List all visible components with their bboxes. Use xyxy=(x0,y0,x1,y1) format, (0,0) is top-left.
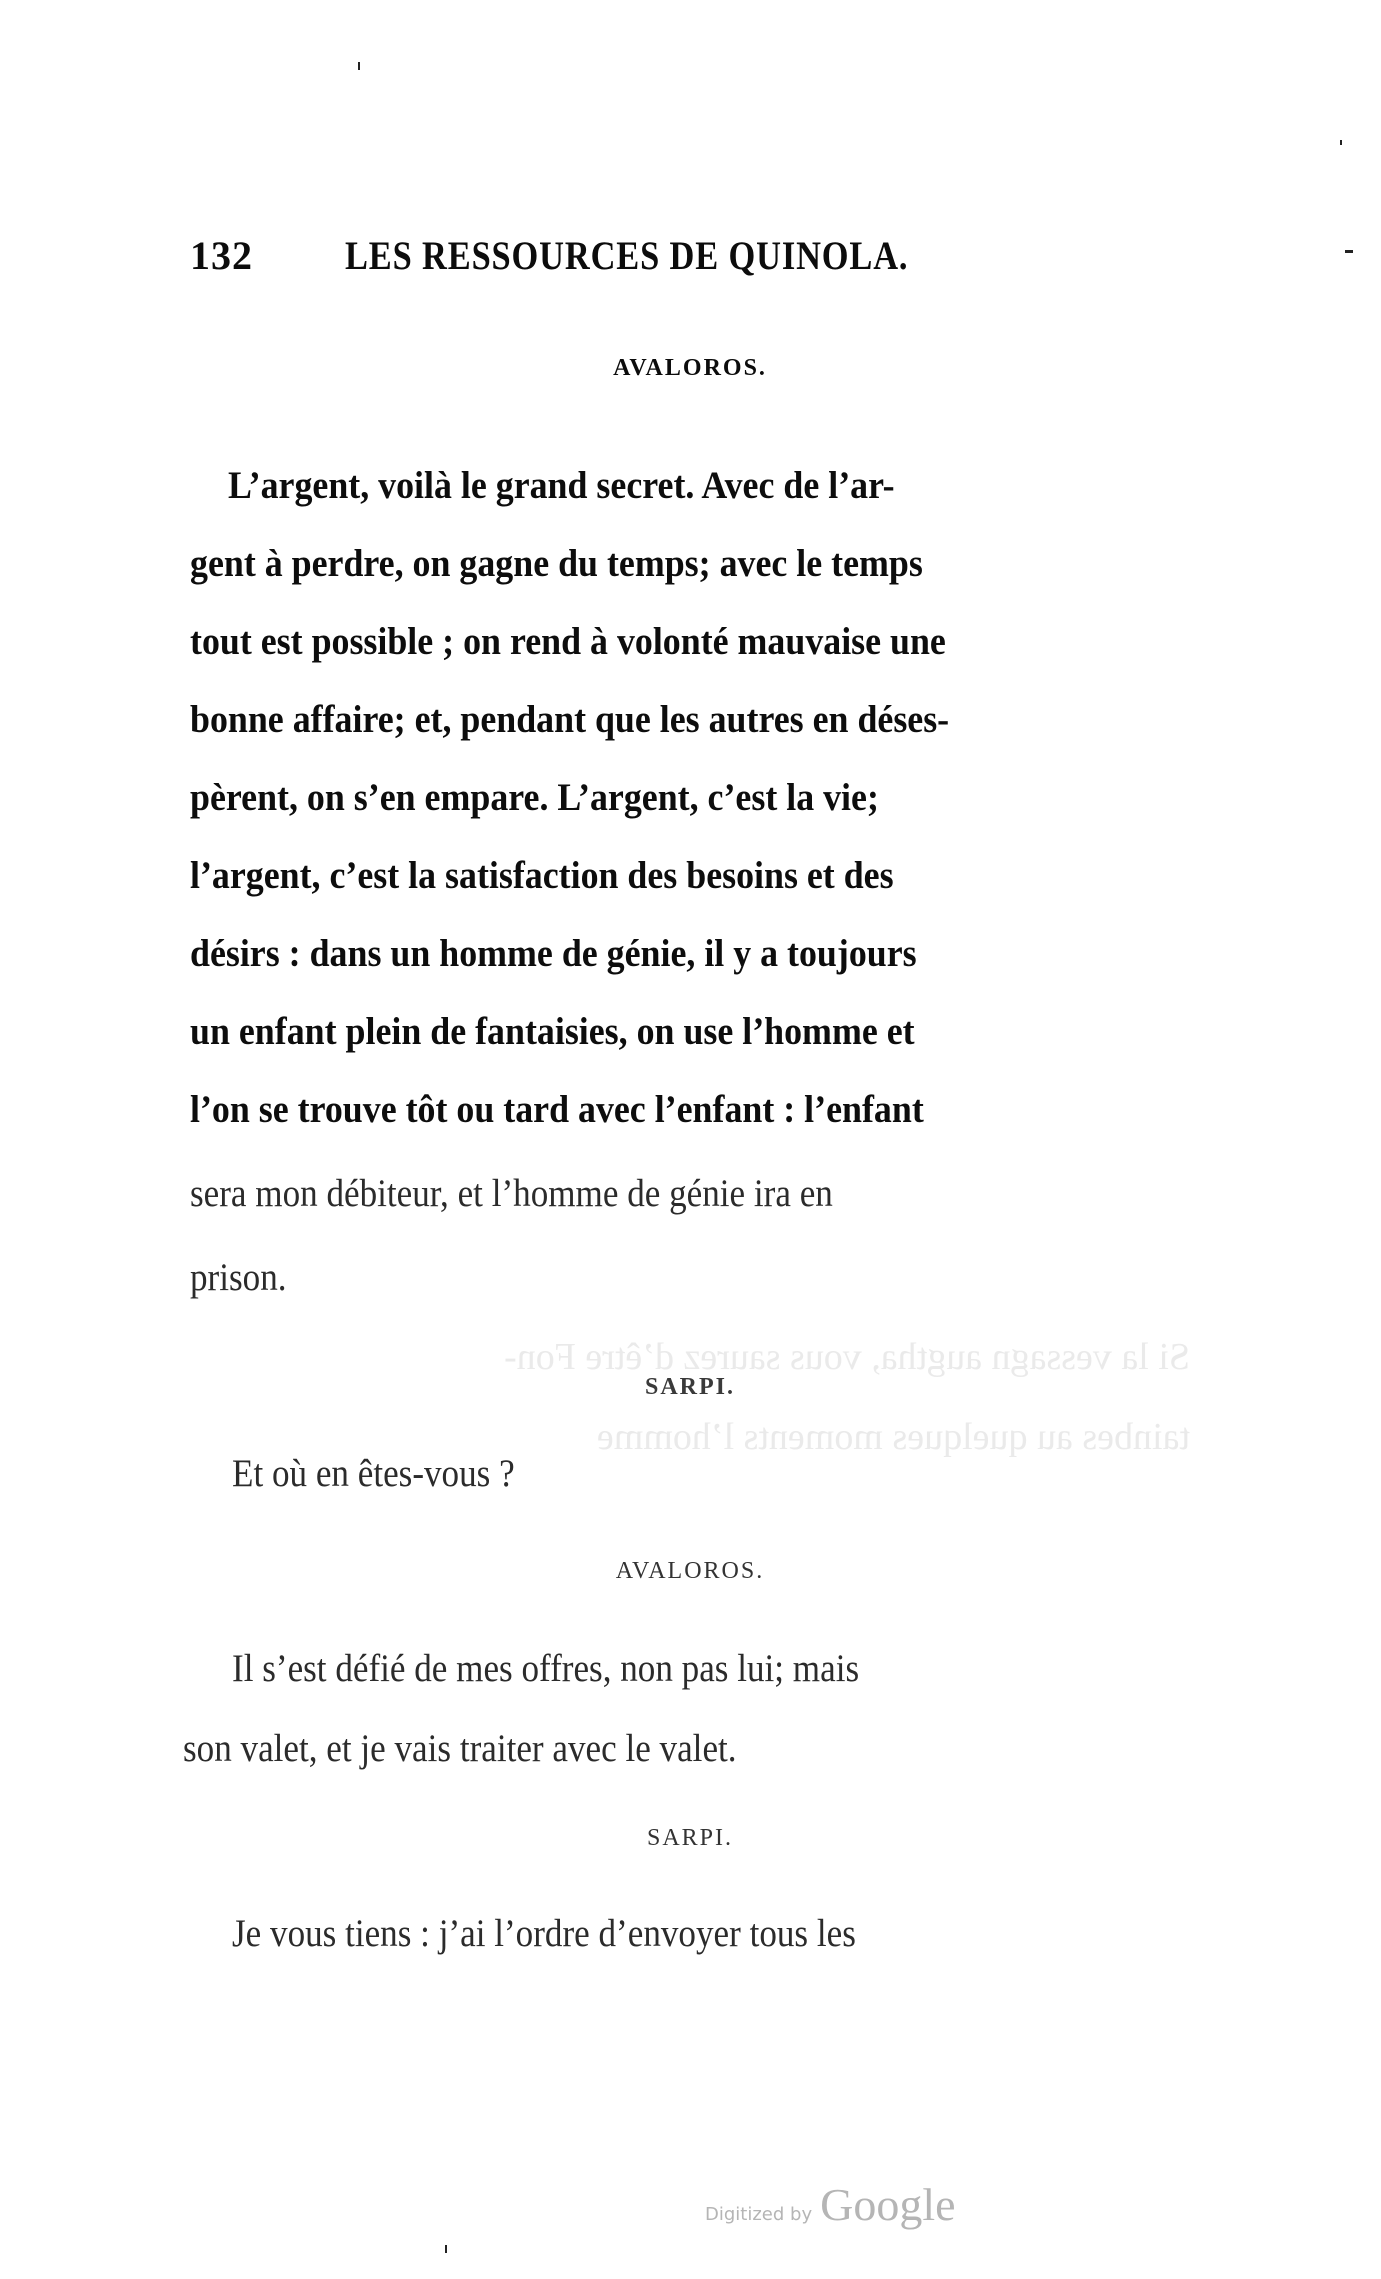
text-line: Et où en êtes-vous ? xyxy=(232,1448,1132,1500)
text-line: désirs : dans un homme de génie, il y a … xyxy=(190,928,1167,980)
watermark-prefix: Digitized by xyxy=(705,2204,812,2225)
page-number: 132 xyxy=(190,232,253,279)
text-line: l’on se trouve tôt ou tard avec l’enfant… xyxy=(190,1084,1167,1136)
text-line: gent à perdre, on gagne du temps; avec l… xyxy=(190,538,1167,590)
book-page: 132 LES RESSOURCES DE QUINOLA. AVALOROS.… xyxy=(0,0,1381,2279)
text-line: bonne affaire; et, pendant que les autre… xyxy=(190,694,1167,746)
scan-speck xyxy=(1345,250,1353,253)
text-line: sera mon débiteur, et l’homme de génie i… xyxy=(190,1168,1189,1220)
text-line: prison. xyxy=(190,1252,1090,1304)
speaker-name: AVALOROS. xyxy=(190,1558,1190,1585)
running-title: LES RESSOURCES DE QUINOLA. xyxy=(345,232,908,279)
scan-speck xyxy=(445,2245,447,2253)
google-logo: Google xyxy=(820,2179,955,2230)
text-line: son valet, et je vais traiter avec le va… xyxy=(183,1723,1083,1775)
text-line: Je vous tiens : j’ai l’ordre d’envoyer t… xyxy=(232,1908,1184,1960)
digitized-watermark: Digitized by Google xyxy=(705,2178,956,2231)
text-line: tout est possible ; on rend à volonté ma… xyxy=(190,616,1167,668)
text-line: un enfant plein de fantaisies, on use l’… xyxy=(190,1006,1167,1058)
speaker-name: SARPI. xyxy=(190,1374,1190,1401)
text-line: Il s’est défié de mes offres, non pas lu… xyxy=(232,1643,1184,1695)
text-line: pèrent, on s’en empare. L’argent, c’est … xyxy=(190,772,1167,824)
bleed-through-text: Si la vessagn augtha, vous saurez d’être… xyxy=(190,1335,1190,1379)
speaker-name: SARPI. xyxy=(190,1825,1190,1852)
text-line: L’argent, voilà le grand secret. Avec de… xyxy=(228,460,1168,512)
scan-speck xyxy=(1340,140,1342,145)
scan-speck xyxy=(358,62,360,70)
speaker-name: AVALOROS. xyxy=(190,355,1190,382)
running-head: 132 LES RESSOURCES DE QUINOLA. xyxy=(190,232,1010,282)
text-line: l’argent, c’est la satisfaction des beso… xyxy=(190,850,1167,902)
